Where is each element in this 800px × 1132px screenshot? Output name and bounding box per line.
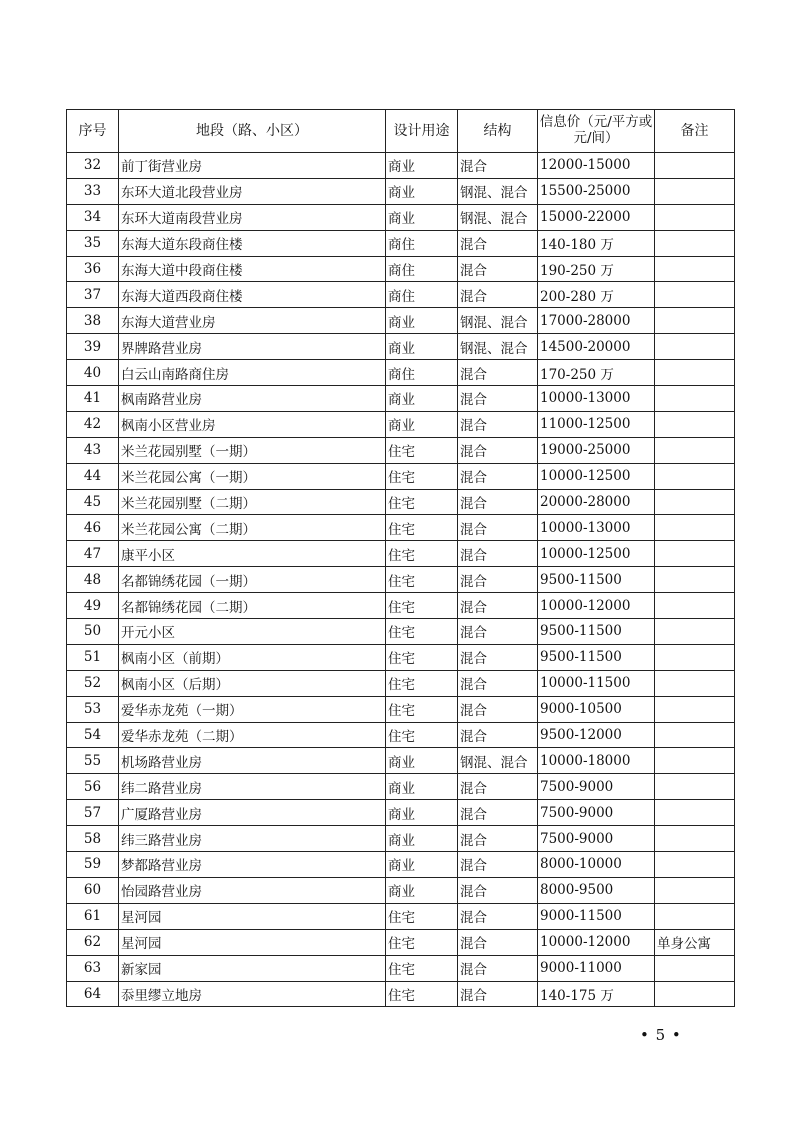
table-row: 40白云山南路商住房商住混合170-250 万 bbox=[67, 360, 735, 386]
cell-no: 54 bbox=[67, 722, 119, 748]
cell-structure: 混合 bbox=[458, 593, 538, 619]
cell-no: 40 bbox=[67, 360, 119, 386]
cell-price: 10000-12500 bbox=[538, 463, 655, 489]
cell-location: 东海大道营业房 bbox=[119, 308, 386, 334]
cell-structure: 混合 bbox=[458, 230, 538, 256]
price-table: 序号 地段（路、小区） 设计用途 结构 信息价（元/平方或元/间） 备注 32前… bbox=[66, 109, 735, 1007]
cell-usage: 商业 bbox=[386, 153, 458, 179]
table-row: 47康平小区住宅混合10000-12500 bbox=[67, 541, 735, 567]
cell-location: 爱华赤龙苑（一期） bbox=[119, 696, 386, 722]
table-row: 61星河园住宅混合9000-11500 bbox=[67, 903, 735, 929]
cell-usage: 住宅 bbox=[386, 489, 458, 515]
cell-structure: 钢混、混合 bbox=[458, 334, 538, 360]
cell-remark bbox=[655, 722, 735, 748]
cell-location: 枫南小区（后期） bbox=[119, 670, 386, 696]
cell-usage: 商业 bbox=[386, 178, 458, 204]
cell-price: 10000-11500 bbox=[538, 670, 655, 696]
cell-usage: 商业 bbox=[386, 877, 458, 903]
cell-structure: 钢混、混合 bbox=[458, 204, 538, 230]
cell-no: 55 bbox=[67, 748, 119, 774]
cell-no: 35 bbox=[67, 230, 119, 256]
cell-no: 32 bbox=[67, 153, 119, 179]
cell-no: 41 bbox=[67, 386, 119, 412]
cell-structure: 混合 bbox=[458, 437, 538, 463]
cell-remark bbox=[655, 644, 735, 670]
table-row: 32前丁街营业房商业混合12000-15000 bbox=[67, 153, 735, 179]
cell-structure: 混合 bbox=[458, 644, 538, 670]
cell-location: 名都锦绣花园（二期） bbox=[119, 593, 386, 619]
cell-usage: 商住 bbox=[386, 256, 458, 282]
cell-structure: 混合 bbox=[458, 567, 538, 593]
cell-location: 纬二路营业房 bbox=[119, 774, 386, 800]
cell-structure: 混合 bbox=[458, 774, 538, 800]
cell-usage: 住宅 bbox=[386, 437, 458, 463]
table-row: 51枫南小区（前期）住宅混合9500-11500 bbox=[67, 644, 735, 670]
cell-no: 61 bbox=[67, 903, 119, 929]
cell-no: 44 bbox=[67, 463, 119, 489]
cell-location: 枫南小区（前期） bbox=[119, 644, 386, 670]
cell-structure: 混合 bbox=[458, 852, 538, 878]
cell-no: 39 bbox=[67, 334, 119, 360]
table-row: 45米兰花园别墅（二期）住宅混合20000-28000 bbox=[67, 489, 735, 515]
cell-structure: 混合 bbox=[458, 489, 538, 515]
cell-usage: 住宅 bbox=[386, 541, 458, 567]
cell-price: 140-175 万 bbox=[538, 981, 655, 1007]
header-price: 信息价（元/平方或元/间） bbox=[538, 110, 655, 153]
cell-location: 米兰花园公寓（一期） bbox=[119, 463, 386, 489]
cell-structure: 混合 bbox=[458, 282, 538, 308]
table-row: 38东海大道营业房商业钢混、混合17000-28000 bbox=[67, 308, 735, 334]
table-row: 64忝里缪立地房住宅混合140-175 万 bbox=[67, 981, 735, 1007]
cell-usage: 商业 bbox=[386, 411, 458, 437]
cell-remark bbox=[655, 386, 735, 412]
cell-remark bbox=[655, 567, 735, 593]
cell-no: 53 bbox=[67, 696, 119, 722]
table-row: 56纬二路营业房商业混合7500-9000 bbox=[67, 774, 735, 800]
cell-structure: 混合 bbox=[458, 877, 538, 903]
cell-remark bbox=[655, 800, 735, 826]
table-row: 41枫南路营业房商业混合10000-13000 bbox=[67, 386, 735, 412]
cell-structure: 钢混、混合 bbox=[458, 748, 538, 774]
table-row: 52枫南小区（后期）住宅混合10000-11500 bbox=[67, 670, 735, 696]
cell-location: 爱华赤龙苑（二期） bbox=[119, 722, 386, 748]
cell-usage: 商业 bbox=[386, 204, 458, 230]
cell-location: 东海大道西段商住楼 bbox=[119, 282, 386, 308]
cell-structure: 混合 bbox=[458, 515, 538, 541]
cell-location: 梦都路营业房 bbox=[119, 852, 386, 878]
header-row: 序号 地段（路、小区） 设计用途 结构 信息价（元/平方或元/间） 备注 bbox=[67, 110, 735, 153]
cell-remark bbox=[655, 593, 735, 619]
cell-price: 7500-9000 bbox=[538, 800, 655, 826]
cell-remark bbox=[655, 774, 735, 800]
header-usage: 设计用途 bbox=[386, 110, 458, 153]
cell-remark bbox=[655, 826, 735, 852]
table-row: 49名都锦绣花园（二期）住宅混合10000-12000 bbox=[67, 593, 735, 619]
cell-structure: 混合 bbox=[458, 955, 538, 981]
cell-structure: 混合 bbox=[458, 541, 538, 567]
cell-usage: 商业 bbox=[386, 774, 458, 800]
cell-structure: 混合 bbox=[458, 903, 538, 929]
cell-remark bbox=[655, 903, 735, 929]
header-location: 地段（路、小区） bbox=[119, 110, 386, 153]
cell-location: 星河园 bbox=[119, 903, 386, 929]
cell-location: 米兰花园别墅（一期） bbox=[119, 437, 386, 463]
cell-remark bbox=[655, 437, 735, 463]
cell-no: 43 bbox=[67, 437, 119, 463]
cell-structure: 混合 bbox=[458, 696, 538, 722]
cell-remark bbox=[655, 696, 735, 722]
table-row: 62星河园住宅混合10000-12000单身公寓 bbox=[67, 929, 735, 955]
cell-location: 枫南路营业房 bbox=[119, 386, 386, 412]
table-row: 54爱华赤龙苑（二期）住宅混合9500-12000 bbox=[67, 722, 735, 748]
cell-no: 58 bbox=[67, 826, 119, 852]
cell-location: 界牌路营业房 bbox=[119, 334, 386, 360]
cell-no: 46 bbox=[67, 515, 119, 541]
cell-structure: 钢混、混合 bbox=[458, 308, 538, 334]
cell-no: 48 bbox=[67, 567, 119, 593]
cell-price: 10000-12000 bbox=[538, 929, 655, 955]
cell-usage: 商业 bbox=[386, 852, 458, 878]
cell-price: 9500-11500 bbox=[538, 619, 655, 645]
cell-no: 59 bbox=[67, 852, 119, 878]
cell-remark bbox=[655, 981, 735, 1007]
cell-no: 37 bbox=[67, 282, 119, 308]
cell-price: 15500-25000 bbox=[538, 178, 655, 204]
cell-price: 10000-13000 bbox=[538, 515, 655, 541]
cell-remark bbox=[655, 489, 735, 515]
cell-location: 东环大道南段营业房 bbox=[119, 204, 386, 230]
cell-remark bbox=[655, 852, 735, 878]
cell-structure: 混合 bbox=[458, 722, 538, 748]
cell-no: 62 bbox=[67, 929, 119, 955]
cell-remark bbox=[655, 619, 735, 645]
cell-price: 200-280 万 bbox=[538, 282, 655, 308]
cell-price: 10000-12500 bbox=[538, 541, 655, 567]
cell-location: 米兰花园别墅（二期） bbox=[119, 489, 386, 515]
cell-price: 12000-15000 bbox=[538, 153, 655, 179]
cell-price: 9000-11500 bbox=[538, 903, 655, 929]
cell-location: 星河园 bbox=[119, 929, 386, 955]
table-row: 42枫南小区营业房商业混合11000-12500 bbox=[67, 411, 735, 437]
cell-no: 57 bbox=[67, 800, 119, 826]
table-row: 34东环大道南段营业房商业钢混、混合15000-22000 bbox=[67, 204, 735, 230]
table-row: 39界牌路营业房商业钢混、混合14500-20000 bbox=[67, 334, 735, 360]
cell-remark bbox=[655, 178, 735, 204]
cell-price: 10000-18000 bbox=[538, 748, 655, 774]
cell-usage: 商业 bbox=[386, 334, 458, 360]
cell-structure: 混合 bbox=[458, 360, 538, 386]
cell-remark bbox=[655, 670, 735, 696]
table-row: 63新家园住宅混合9000-11000 bbox=[67, 955, 735, 981]
cell-usage: 商业 bbox=[386, 800, 458, 826]
cell-price: 11000-12500 bbox=[538, 411, 655, 437]
cell-no: 42 bbox=[67, 411, 119, 437]
cell-no: 47 bbox=[67, 541, 119, 567]
cell-location: 米兰花园公寓（二期） bbox=[119, 515, 386, 541]
cell-structure: 混合 bbox=[458, 670, 538, 696]
cell-remark bbox=[655, 204, 735, 230]
table-row: 43米兰花园别墅（一期）住宅混合19000-25000 bbox=[67, 437, 735, 463]
cell-price: 9000-11000 bbox=[538, 955, 655, 981]
cell-structure: 混合 bbox=[458, 153, 538, 179]
cell-price: 140-180 万 bbox=[538, 230, 655, 256]
table-row: 59梦都路营业房商业混合8000-10000 bbox=[67, 852, 735, 878]
cell-no: 45 bbox=[67, 489, 119, 515]
table-row: 36东海大道中段商住楼商住混合190-250 万 bbox=[67, 256, 735, 282]
cell-remark bbox=[655, 411, 735, 437]
cell-structure: 混合 bbox=[458, 463, 538, 489]
table-row: 33东环大道北段营业房商业钢混、混合15500-25000 bbox=[67, 178, 735, 204]
table-row: 37东海大道西段商住楼商住混合200-280 万 bbox=[67, 282, 735, 308]
cell-no: 56 bbox=[67, 774, 119, 800]
cell-usage: 商住 bbox=[386, 282, 458, 308]
cell-no: 63 bbox=[67, 955, 119, 981]
cell-price: 17000-28000 bbox=[538, 308, 655, 334]
cell-location: 开元小区 bbox=[119, 619, 386, 645]
cell-usage: 住宅 bbox=[386, 955, 458, 981]
cell-location: 白云山南路商住房 bbox=[119, 360, 386, 386]
table-row: 60怡园路营业房商业混合8000-9500 bbox=[67, 877, 735, 903]
cell-structure: 混合 bbox=[458, 411, 538, 437]
header-structure: 结构 bbox=[458, 110, 538, 153]
cell-remark bbox=[655, 877, 735, 903]
cell-no: 52 bbox=[67, 670, 119, 696]
cell-no: 34 bbox=[67, 204, 119, 230]
cell-price: 10000-12000 bbox=[538, 593, 655, 619]
cell-usage: 商业 bbox=[386, 308, 458, 334]
cell-price: 8000-9500 bbox=[538, 877, 655, 903]
cell-price: 20000-28000 bbox=[538, 489, 655, 515]
table-row: 57广厦路营业房商业混合7500-9000 bbox=[67, 800, 735, 826]
cell-usage: 住宅 bbox=[386, 981, 458, 1007]
cell-remark bbox=[655, 955, 735, 981]
cell-usage: 住宅 bbox=[386, 670, 458, 696]
cell-location: 东海大道中段商住楼 bbox=[119, 256, 386, 282]
cell-usage: 住宅 bbox=[386, 696, 458, 722]
cell-usage: 住宅 bbox=[386, 593, 458, 619]
cell-price: 10000-13000 bbox=[538, 386, 655, 412]
cell-usage: 商业 bbox=[386, 748, 458, 774]
cell-location: 前丁街营业房 bbox=[119, 153, 386, 179]
cell-location: 康平小区 bbox=[119, 541, 386, 567]
cell-remark bbox=[655, 256, 735, 282]
cell-price: 7500-9000 bbox=[538, 826, 655, 852]
cell-price: 19000-25000 bbox=[538, 437, 655, 463]
cell-usage: 住宅 bbox=[386, 619, 458, 645]
cell-no: 38 bbox=[67, 308, 119, 334]
cell-structure: 混合 bbox=[458, 386, 538, 412]
cell-remark bbox=[655, 334, 735, 360]
cell-structure: 混合 bbox=[458, 826, 538, 852]
cell-no: 49 bbox=[67, 593, 119, 619]
table-body: 32前丁街营业房商业混合12000-1500033东环大道北段营业房商业钢混、混… bbox=[67, 153, 735, 1007]
cell-structure: 混合 bbox=[458, 619, 538, 645]
cell-usage: 住宅 bbox=[386, 463, 458, 489]
table-row: 44米兰花园公寓（一期）住宅混合10000-12500 bbox=[67, 463, 735, 489]
cell-price: 9500-12000 bbox=[538, 722, 655, 748]
cell-usage: 住宅 bbox=[386, 515, 458, 541]
cell-price: 7500-9000 bbox=[538, 774, 655, 800]
table-row: 35东海大道东段商住楼商住混合140-180 万 bbox=[67, 230, 735, 256]
cell-structure: 混合 bbox=[458, 929, 538, 955]
cell-remark bbox=[655, 463, 735, 489]
cell-remark bbox=[655, 541, 735, 567]
cell-location: 枫南小区营业房 bbox=[119, 411, 386, 437]
cell-price: 8000-10000 bbox=[538, 852, 655, 878]
cell-price: 190-250 万 bbox=[538, 256, 655, 282]
cell-remark bbox=[655, 230, 735, 256]
cell-location: 新家园 bbox=[119, 955, 386, 981]
table-row: 48名都锦绣花园（一期）住宅混合9500-11500 bbox=[67, 567, 735, 593]
header-remark: 备注 bbox=[655, 110, 735, 153]
cell-location: 广厦路营业房 bbox=[119, 800, 386, 826]
cell-no: 36 bbox=[67, 256, 119, 282]
cell-price: 15000-22000 bbox=[538, 204, 655, 230]
cell-structure: 钢混、混合 bbox=[458, 178, 538, 204]
cell-location: 名都锦绣花园（一期） bbox=[119, 567, 386, 593]
cell-location: 东环大道北段营业房 bbox=[119, 178, 386, 204]
table-row: 46米兰花园公寓（二期）住宅混合10000-13000 bbox=[67, 515, 735, 541]
cell-location: 纬三路营业房 bbox=[119, 826, 386, 852]
cell-usage: 住宅 bbox=[386, 903, 458, 929]
cell-location: 忝里缪立地房 bbox=[119, 981, 386, 1007]
cell-no: 51 bbox=[67, 644, 119, 670]
cell-remark bbox=[655, 282, 735, 308]
cell-structure: 混合 bbox=[458, 981, 538, 1007]
cell-location: 机场路营业房 bbox=[119, 748, 386, 774]
cell-usage: 商业 bbox=[386, 826, 458, 852]
table-row: 55机场路营业房商业钢混、混合10000-18000 bbox=[67, 748, 735, 774]
cell-remark bbox=[655, 748, 735, 774]
cell-usage: 住宅 bbox=[386, 929, 458, 955]
cell-no: 64 bbox=[67, 981, 119, 1007]
table-header: 序号 地段（路、小区） 设计用途 结构 信息价（元/平方或元/间） 备注 bbox=[67, 110, 735, 153]
cell-usage: 商业 bbox=[386, 386, 458, 412]
cell-usage: 商住 bbox=[386, 230, 458, 256]
cell-remark bbox=[655, 360, 735, 386]
cell-price: 170-250 万 bbox=[538, 360, 655, 386]
cell-no: 33 bbox=[67, 178, 119, 204]
cell-no: 60 bbox=[67, 877, 119, 903]
cell-structure: 混合 bbox=[458, 256, 538, 282]
table-row: 58纬三路营业房商业混合7500-9000 bbox=[67, 826, 735, 852]
page-number: • 5 • bbox=[640, 1026, 682, 1044]
cell-no: 50 bbox=[67, 619, 119, 645]
table-row: 53爱华赤龙苑（一期）住宅混合9000-10500 bbox=[67, 696, 735, 722]
cell-price: 9500-11500 bbox=[538, 567, 655, 593]
table-row: 50开元小区住宅混合9500-11500 bbox=[67, 619, 735, 645]
cell-price: 9000-10500 bbox=[538, 696, 655, 722]
header-no: 序号 bbox=[67, 110, 119, 153]
cell-structure: 混合 bbox=[458, 800, 538, 826]
cell-remark: 单身公寓 bbox=[655, 929, 735, 955]
cell-location: 怡园路营业房 bbox=[119, 877, 386, 903]
cell-remark bbox=[655, 153, 735, 179]
cell-usage: 商住 bbox=[386, 360, 458, 386]
cell-price: 9500-11500 bbox=[538, 644, 655, 670]
cell-usage: 住宅 bbox=[386, 644, 458, 670]
cell-remark bbox=[655, 308, 735, 334]
cell-usage: 住宅 bbox=[386, 567, 458, 593]
cell-location: 东海大道东段商住楼 bbox=[119, 230, 386, 256]
cell-usage: 住宅 bbox=[386, 722, 458, 748]
cell-remark bbox=[655, 515, 735, 541]
cell-price: 14500-20000 bbox=[538, 334, 655, 360]
